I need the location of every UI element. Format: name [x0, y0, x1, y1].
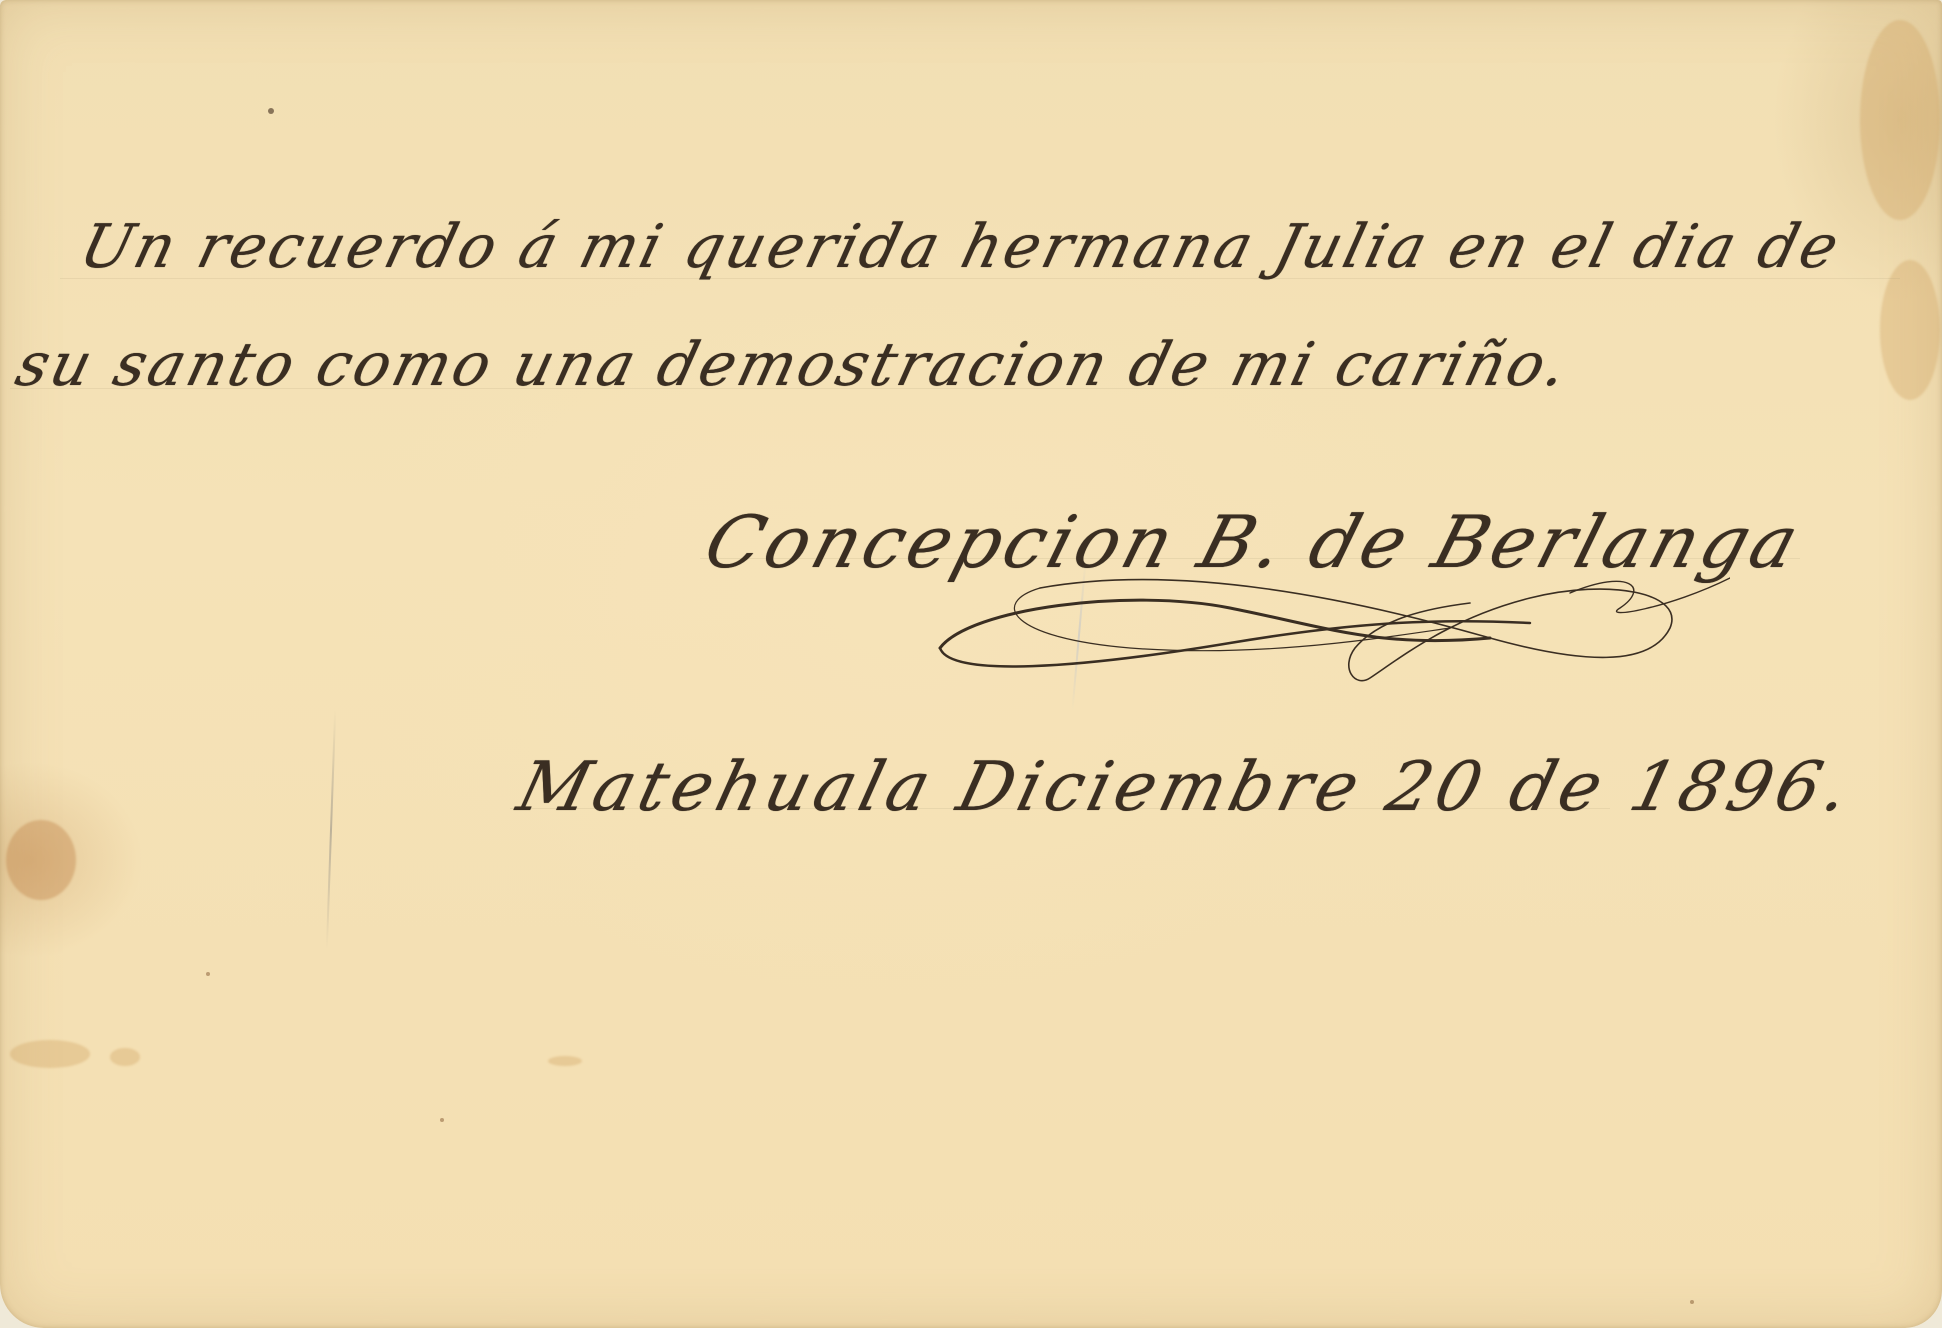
pencil-mark	[326, 710, 336, 950]
water-stain	[1880, 260, 1940, 400]
water-stain	[10, 1040, 90, 1068]
dedication-line-2: su santo como una demostracion de mi car…	[9, 330, 1577, 400]
foxing-stain	[6, 820, 76, 900]
dedication-line-1: Un recuerdo á mi querida hermana Julia e…	[73, 212, 1848, 282]
paper-card: Un recuerdo á mi querida hermana Julia e…	[0, 0, 1942, 1328]
water-stain	[110, 1048, 140, 1066]
place-and-date: Matehuala Diciembre 20 de 1896.	[510, 748, 1861, 827]
speck	[206, 972, 210, 976]
water-stain	[1860, 20, 1940, 220]
speck	[1690, 1300, 1694, 1304]
signature-flourish-icon	[930, 568, 1730, 688]
water-stain	[548, 1056, 582, 1066]
ink-dot	[268, 108, 274, 114]
speck	[440, 1118, 444, 1122]
